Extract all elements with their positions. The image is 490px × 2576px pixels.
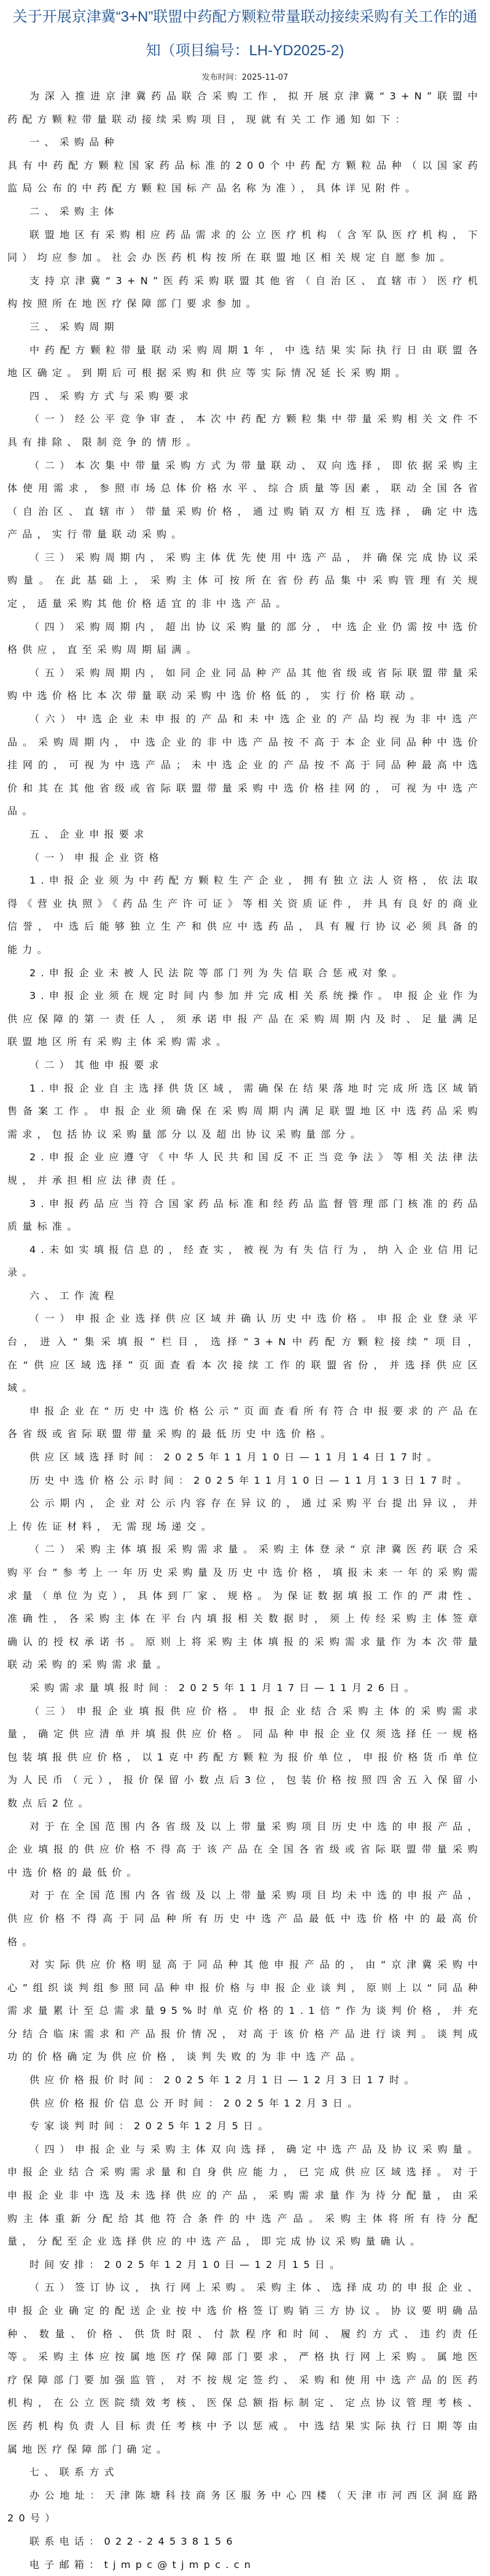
notice-page: 关于开展京津冀“3+N”联盟中药配方颗粒带量联动接续采购有关工作的通知（项目编号… [0,0,490,2576]
notice-body: 为深入推进京津冀药品联合采购工作，拟开展京津冀“3+N”联盟中药配方颗粒带量联动… [7,85,483,2576]
section-paragraph: 4.未如实填报信息的，经查实，被视为有失信行为，纳入企业信用记录。 [7,1238,483,1284]
section-paragraph: 1.申报企业自主选择供货区域，需确保在结果落地时完成所选区域销售备案工作。申报企… [7,1077,483,1146]
section-paragraph: 2.申报企业未被人民法院等部门列为失信联合惩戒对象。 [7,962,483,985]
section-paragraph: 时间安排：2025年12月10日—12月15日。 [7,2253,483,2277]
section-heading: 七、联系方式 [7,2461,483,2484]
section-paragraph: 联系电话：022-24538156 [7,2530,483,2553]
section-paragraph: （四）采购周期内，超出协议采购量的部分，中选企业仍需按中选价格供应，直至采购周期… [7,615,483,661]
section-paragraph: （五）采购周期内，如同企业同品种产品其他省级或省际联盟带量采购中选价格比本次带量… [7,661,483,708]
section-paragraph: 联盟地区有采购相应药品需求的公立医疗机构（含军队医疗机构，下同）均应参加。社会办… [7,223,483,269]
section-paragraph: （一）申报企业资格 [7,846,483,870]
section-paragraph: 公示期内，企业对公示内容存在异议的，通过采购平台提出异议，并上传佐证材料，无需现… [7,1492,483,1538]
section-heading: 一、采购品种 [7,131,483,154]
page-title: 关于开展京津冀“3+N”联盟中药配方颗粒带量联动接续采购有关工作的通知（项目编号… [7,0,483,67]
publish-label: 发布时间： [202,73,242,82]
section-paragraph: 对于在全国范围内各省级及以上带量采购项目历史中选的申报产品，企业填报的供应价格不… [7,1815,483,1884]
section-heading: 三、采购周期 [7,315,483,339]
section-paragraph: 3.申报药品应当符合国家药品标准和经药品监督管理部门核准的药品质量标准。 [7,1192,483,1238]
section-paragraph: 具有中药配方颗粒国家药品标准的200个中药配方颗粒品种（以国家药监局公布的中药配… [7,154,483,200]
section-heading: 四、采购方式与采购要求 [7,385,483,408]
section-heading: 五、企业申报要求 [7,823,483,846]
section-paragraph: 2.申报企业应遵守《中华人民共和国反不正当竞争法》等相关法律法规，并承担相应法律… [7,1146,483,1192]
section-heading: 六、工作流程 [7,1284,483,1308]
section-paragraph: （二）其他申报要求 [7,1054,483,1077]
section-paragraph: 历史中选价格公示时间：2025年11月10日—11月13日17时。 [7,1469,483,1492]
section-paragraph: （一）经公平竞争审查，本次中药配方颗粒集中带量采购相关文件不具有排除、限制竞争的… [7,407,483,453]
section-paragraph: 中药配方颗粒带量联动采购周期1年，中选结果实际执行日由联盟各地区确定。到期后可根… [7,339,483,385]
section-paragraph: （二）本次集中带量采购方式为带量联动、双向选择，即依据采购主体使用需求，参照市场… [7,454,483,546]
section-paragraph: （二）采购主体填报采购需求量。采购主体登录“京津冀医药联合采购平台”参考上一年历… [7,1538,483,1676]
publish-time: 发布时间：2025-11-07 [7,72,483,83]
section-paragraph: （三）采购周期内，采购主体优先使用中选产品，并确保完成协议采购量。在此基础上，采… [7,546,483,615]
section-heading: 二、采购主体 [7,200,483,223]
section-paragraph: 供应价格报价时间：2025年12月1日—12月3日17时。 [7,2069,483,2092]
section-paragraph: 采购需求量填报时间：2025年11月17日—11月26日。 [7,1676,483,1700]
section-paragraph: （六）中选企业未申报的产品和未中选企业的产品均视为非中选产品。采购周期内，中选企… [7,708,483,823]
publish-date: 2025-11-07 [242,73,289,82]
section-paragraph: 对实际供应价格明显高于同品种其他申报产品的，由“京津冀采购中心”组织谈判组参照同… [7,1953,483,2069]
section-paragraph: 申报企业在“历史中选价格公示”页面查看所有符合申报要求的产品在各省级或省际联盟带… [7,1400,483,1446]
section-paragraph: 办公地址：天津陈塘科技商务区服务中心四楼（天津市河西区洞庭路20号） [7,2484,483,2530]
section-paragraph: 1.申报企业须为中药配方颗粒生产企业，拥有独立法人资格，依法取得《营业执照》《药… [7,869,483,961]
section-paragraph: （三）申报企业填报供应价格。申报企业结合采购主体的采购需求量，确定供应清单并填报… [7,1700,483,1815]
section-paragraph: 3.申报企业须在规定时间内参加并完成相关系统操作。申报企业作为供应保障的第一责任… [7,984,483,1054]
section-paragraph: 支持京津冀“3+N”医药采购联盟其他省（自治区、直辖市）医疗机构按照所在地医疗保… [7,269,483,315]
section-paragraph: （一）申报企业选择供应区域并确认历史中选价格。申报企业登录平台，进入“集采填报”… [7,1307,483,1399]
section-paragraph: 供应区域选择时间：2025年11月10日—11月14日17时。 [7,1446,483,1469]
section-paragraph: 供应价格报价信息公开时间：2025年12月3日。 [7,2092,483,2115]
section-paragraph: （四）申报企业与采购主体双向选择，确定中选产品及协议采购量。申报企业结合采购需求… [7,2138,483,2253]
section-paragraph: 对于在全国范围内各省级及以上带量采购项目均未中选的申报产品，供应价格不得高于同品… [7,1884,483,1953]
section-paragraph: 专家谈判时间：2025年12月5日。 [7,2115,483,2138]
section-paragraph: （五）签订协议，执行网上采购。采购主体、选择成功的申报企业、申报企业确定的配送企… [7,2276,483,2461]
intro-paragraph: 为深入推进京津冀药品联合采购工作，拟开展京津冀“3+N”联盟中药配方颗粒带量联动… [7,85,483,131]
section-paragraph: 电子邮箱：tjmpc@tjmpc.cn [7,2553,483,2576]
